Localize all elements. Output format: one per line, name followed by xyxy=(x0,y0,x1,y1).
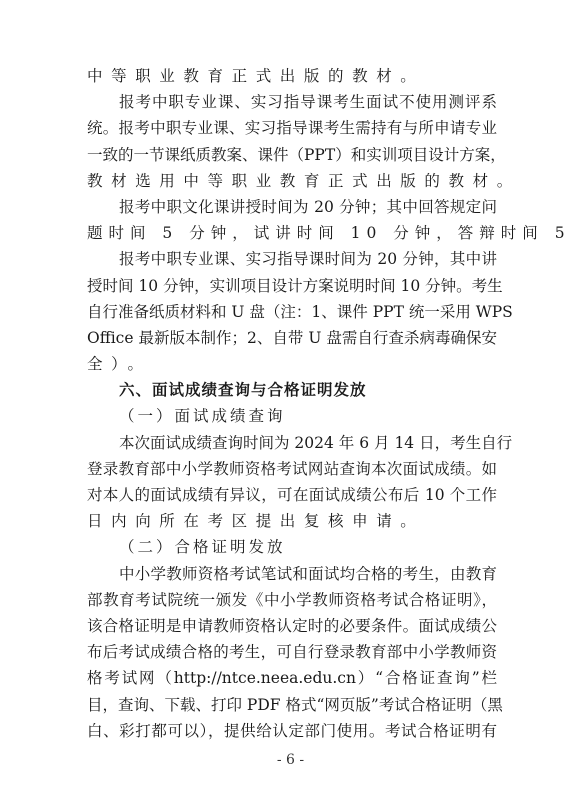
text-line: 目，查询、下载、打印 PDF 格式“网页版”考试合格证明（黑 xyxy=(87,692,497,718)
text-line: 该合格证明是申请教师资格认定时的必要条件。面试成绩公 xyxy=(87,613,497,639)
text-line: 全）。 xyxy=(87,351,497,377)
text-line: 教材选用中等职业教育正式出版的教材。 xyxy=(87,168,497,194)
page-number: - 6 - xyxy=(0,752,581,768)
text-line: Office 最新版本制作；2、自带 U 盘需自行查杀病毒确保安 xyxy=(87,325,497,351)
text-line: 授时间 10 分钟，实训项目设计方案说明时间 10 分钟。考生 xyxy=(87,273,497,299)
text-line: 登录教育部中小学教师资格考试网站查询本次面试成绩。如 xyxy=(87,456,497,482)
text-line: 报考中职专业课、实习指导课考生面试不使用测评系 xyxy=(87,89,497,115)
subsection-heading: （二）合格证明发放 xyxy=(87,534,497,560)
text-line: 布后考试成绩合格的考生，可自行登录教育部中小学教师资 xyxy=(87,639,497,665)
text-line: 报考中职专业课、实习指导课时间为 20 分钟，其中讲 xyxy=(87,246,497,272)
text-line: 部教育考试院统一颁发《中小学教师资格考试合格证明》， xyxy=(87,587,497,613)
text-line: 中等职业教育正式出版的教材。 xyxy=(87,63,497,89)
text-line: 本次面试成绩查询时间为 2024 年 6 月 14 日，考生自行 xyxy=(87,430,497,456)
text-line: 自行准备纸质材料和 U 盘（注：1、课件 PPT 统一采用 WPS xyxy=(87,299,497,325)
text-line: 格考试网（http://ntce.neea.edu.cn）“合格证查询”栏 xyxy=(87,665,497,691)
text-line: 白、彩打都可以），提供给认定部门使用。考试合格证明有 xyxy=(87,718,497,744)
subsection-heading: （一）面试成绩查询 xyxy=(87,403,497,429)
document-body: 中等职业教育正式出版的教材。 报考中职专业课、实习指导课考生面试不使用测评系 统… xyxy=(87,63,497,744)
section-heading: 六、面试成绩查询与合格证明发放 xyxy=(87,377,497,403)
text-line: 统。报考中职专业课、实习指导课考生需持有与所申请专业 xyxy=(87,115,497,141)
text-line: 中小学教师资格考试笔试和面试均合格的考生，由教育 xyxy=(87,561,497,587)
text-line: 报考中职文化课讲授时间为 20 分钟；其中回答规定问 xyxy=(87,194,497,220)
text-line: 一致的一节课纸质教案、课件（PPT）和实训项目设计方案， xyxy=(87,142,497,168)
text-line: 日内向所在考区提出复核申请。 xyxy=(87,508,497,534)
text-line: 题时间 5 分钟，试讲时间 10 分钟，答辩时间 5 分钟。 xyxy=(87,220,497,246)
text-line: 对本人的面试成绩有异议，可在面试成绩公布后 10 个工作 xyxy=(87,482,497,508)
